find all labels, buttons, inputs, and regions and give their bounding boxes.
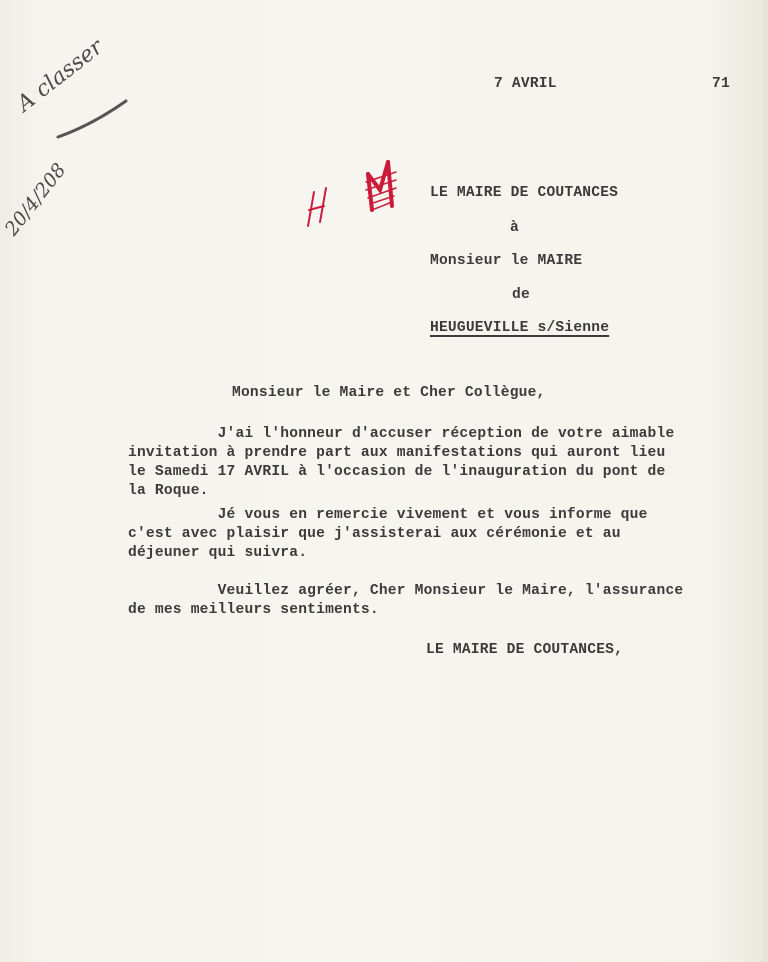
- recipient-town: HEUGUEVILLE s/Sienne: [430, 320, 609, 336]
- paragraph-2-line-1: Jé vous en remercie vivement et vous inf…: [128, 507, 648, 523]
- address-preposition: à: [510, 220, 519, 236]
- red-initials: [296, 160, 406, 235]
- handwritten-underline: [52, 95, 132, 145]
- paragraph-2-line-2: c'est avec plaisir que j'assisterai aux …: [128, 526, 621, 542]
- salutation: Monsieur le Maire et Cher Collègue,: [232, 385, 546, 401]
- sender-title: LE MAIRE DE COUTANCES: [430, 185, 618, 201]
- paragraph-1-line-1: J'ai l'honneur d'accuser réception de vo…: [128, 426, 674, 442]
- paragraph-2-line-3: déjeuner qui suivra.: [128, 545, 307, 561]
- recipient-title: Monsieur le MAIRE: [430, 253, 582, 269]
- page-edge: [762, 0, 768, 962]
- address-de: de: [512, 287, 530, 303]
- paragraph-1-line-4: la Roque.: [128, 483, 209, 499]
- paragraph-1-line-3: le Samedi 17 AVRIL à l'occasion de l'ina…: [128, 464, 665, 480]
- signature: LE MAIRE DE COUTANCES,: [426, 642, 623, 658]
- reference-number: 71: [712, 76, 730, 92]
- paragraph-1-line-2: invitation à prendre part aux manifestat…: [128, 445, 665, 461]
- paragraph-3-line-1: Veuillez agréer, Cher Monsieur le Maire,…: [128, 583, 683, 599]
- paragraph-3-line-2: de mes meilleurs sentiments.: [128, 602, 379, 618]
- letter-date: 7 AVRIL: [494, 76, 557, 92]
